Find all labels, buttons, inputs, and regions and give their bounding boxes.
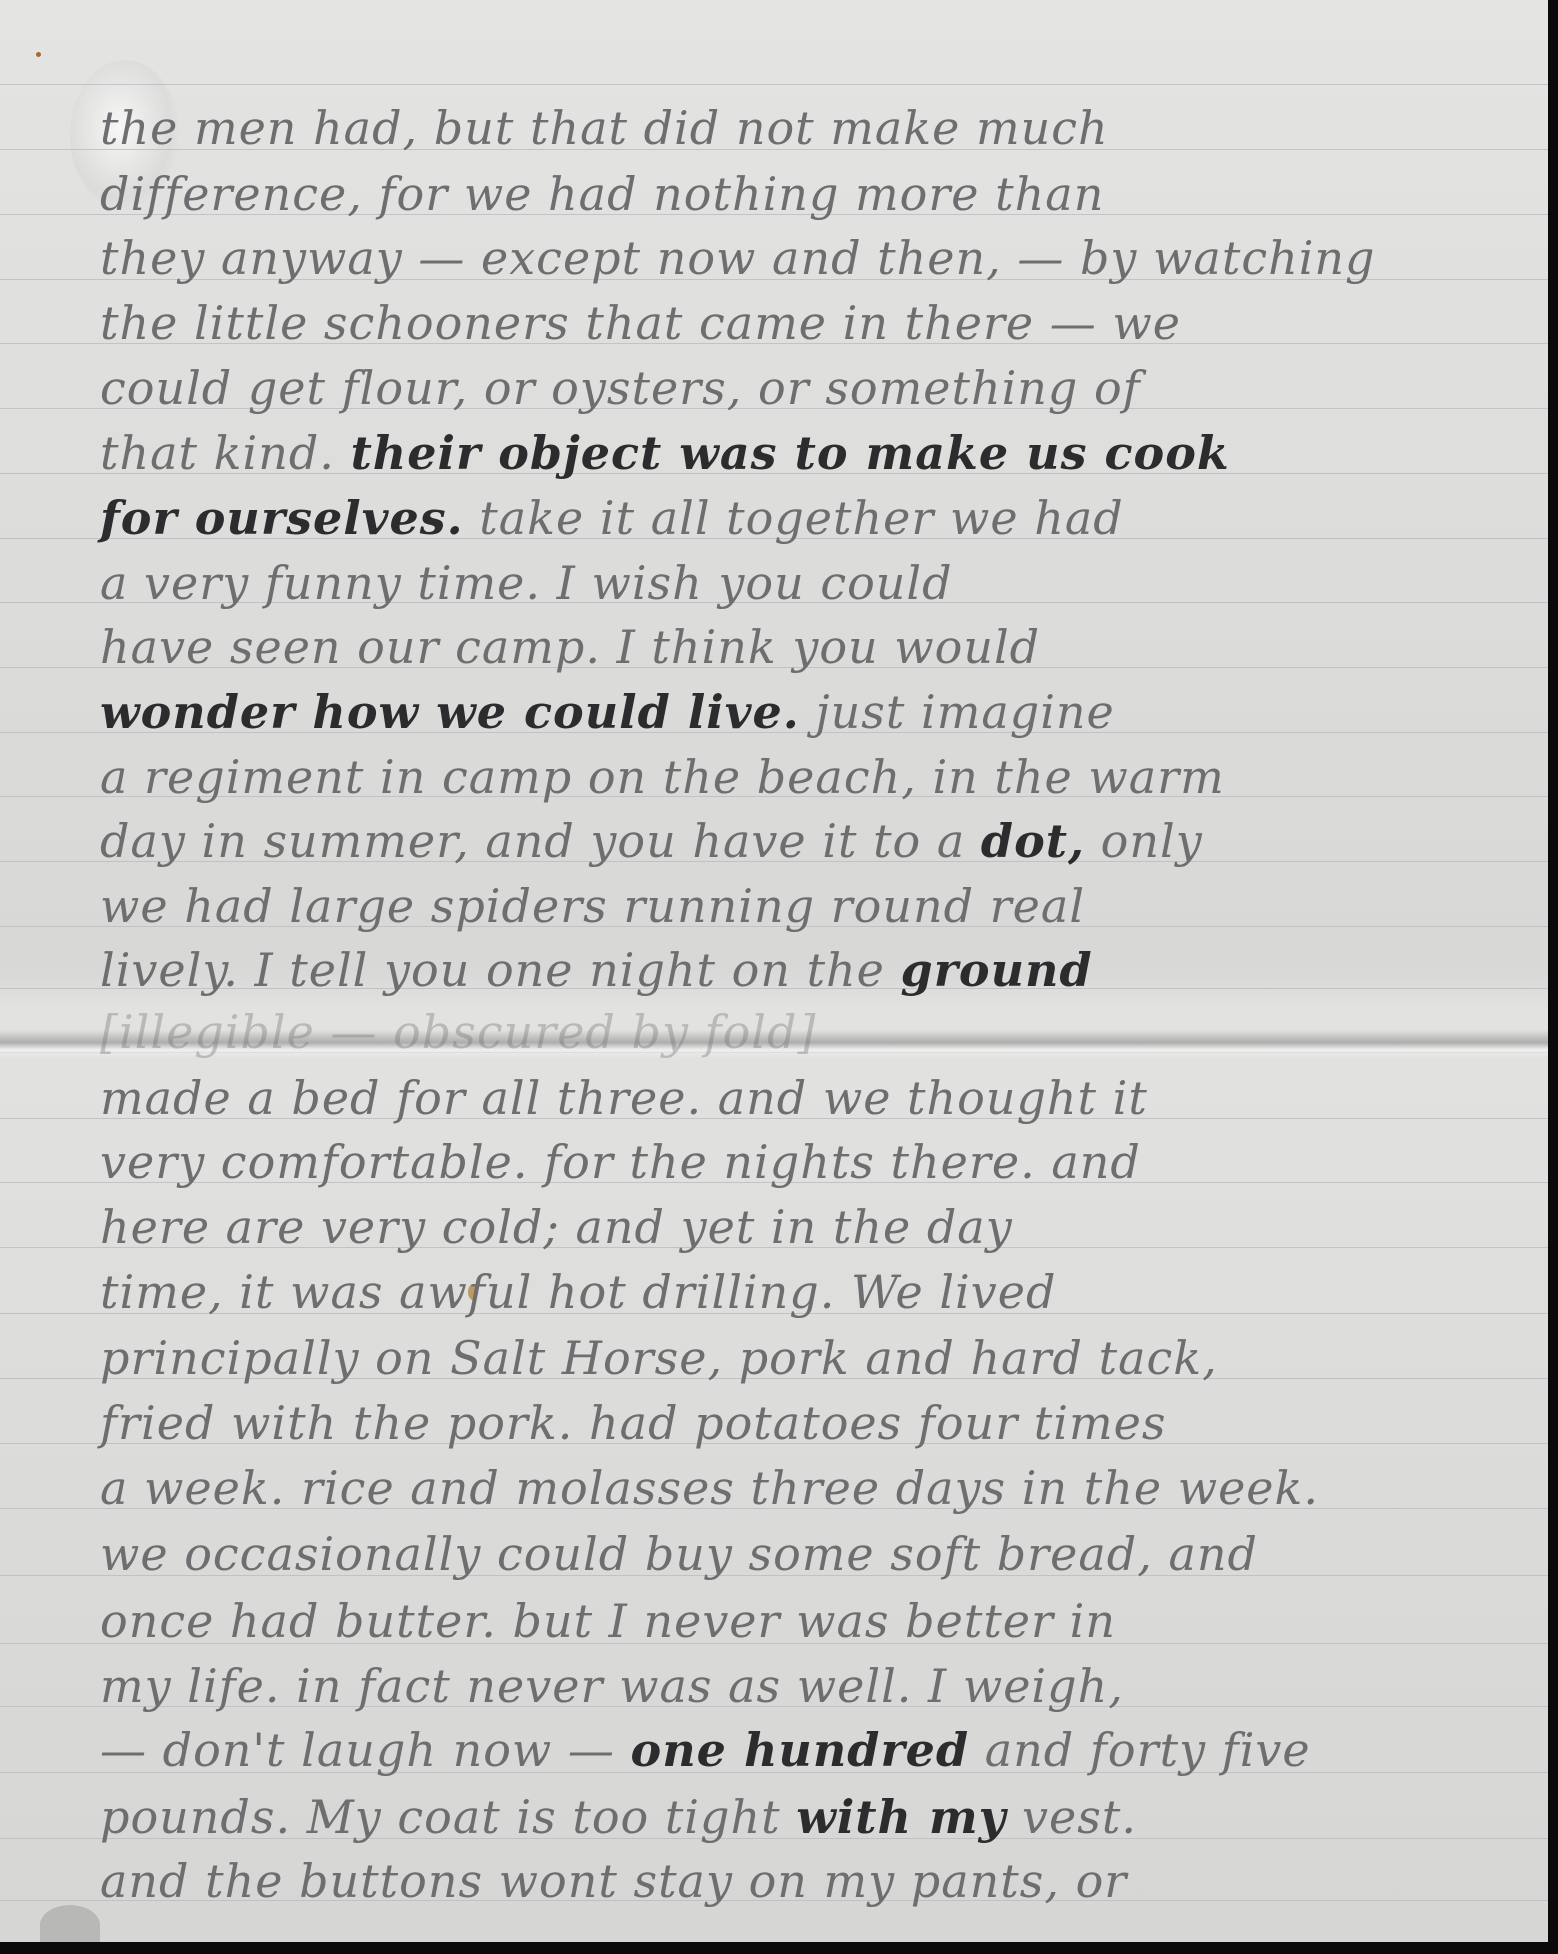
margin-mark: [36, 52, 41, 57]
text-line: for ourselves. take it all together we h…: [100, 490, 1520, 546]
text-line: we had large spiders running round real: [100, 878, 1520, 934]
text-line: could get flour, or oysters, or somethin…: [100, 360, 1520, 416]
text-line: a very funny time. I wish you could: [100, 555, 1520, 611]
text-line: they anyway — except now and then, — by …: [100, 230, 1520, 286]
text-line: the men had, but that did not make much: [100, 100, 1520, 156]
text-line: fried with the pork. had potatoes four t…: [100, 1395, 1520, 1451]
text-line: difference, for we had nothing more than: [100, 166, 1520, 222]
text-line: my life. in fact never was as well. I we…: [100, 1658, 1520, 1714]
text-line: principally on Salt Horse, pork and hard…: [100, 1330, 1520, 1386]
text-line: very comfortable. for the nights there. …: [100, 1134, 1520, 1190]
text-line: the little schooners that came in there …: [100, 295, 1520, 351]
text-line-obscured: [illegible — obscured by fold]: [100, 1004, 1520, 1060]
text-line: pounds. My coat is too tight with my ves…: [100, 1789, 1520, 1845]
text-line: that kind. their object was to make us c…: [100, 425, 1520, 481]
text-line: have seen our camp. I think you would: [100, 619, 1520, 675]
text-line: lively. I tell you one night on the grou…: [100, 942, 1520, 998]
text-line: a regiment in camp on the beach, in the …: [100, 749, 1520, 805]
text-line: and the buttons wont stay on my pants, o…: [100, 1853, 1520, 1909]
text-line: time, it was awful hot drilling. We live…: [100, 1264, 1520, 1320]
thumb-shadow: [40, 1905, 100, 1942]
text-line: a week. rice and molasses three days in …: [100, 1460, 1520, 1516]
text-line: made a bed for all three. and we thought…: [100, 1070, 1520, 1126]
text-line: wonder how we could live. just imagine: [100, 684, 1520, 740]
text-line: day in summer, and you have it to a dot,…: [100, 813, 1520, 869]
letter-page: the men had, but that did not make much …: [0, 0, 1548, 1942]
text-line: — don't laugh now — one hundred and fort…: [100, 1722, 1520, 1778]
text-line: here are very cold; and yet in the day: [100, 1199, 1520, 1255]
text-line: we occasionally could buy some soft brea…: [100, 1526, 1520, 1582]
ruled-line: [0, 84, 1548, 85]
text-line: once had butter. but I never was better …: [100, 1593, 1520, 1649]
